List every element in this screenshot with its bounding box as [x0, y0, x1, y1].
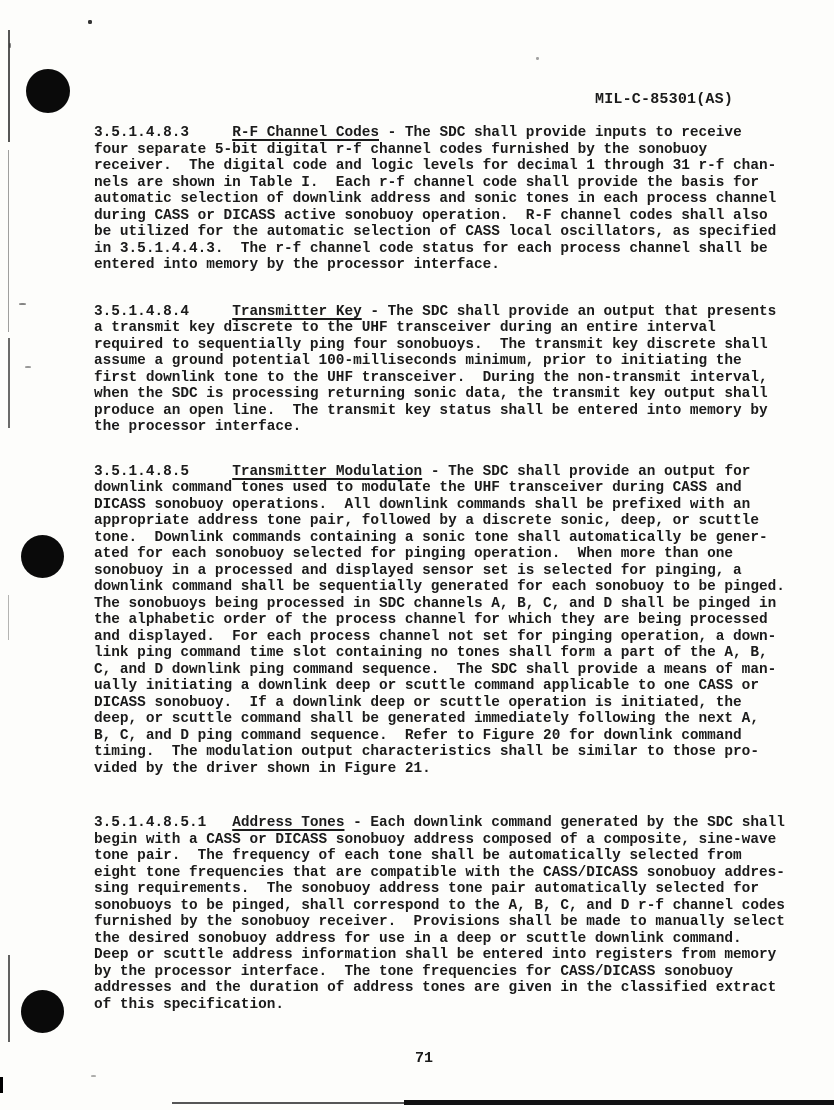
- section-title: Transmitter Modulation: [232, 464, 422, 480]
- section-title: R-F Channel Codes: [232, 125, 379, 141]
- scan-bottom-bar-thick: [404, 1100, 834, 1105]
- section-number: 3.5.1.4.8.5.1: [94, 815, 206, 831]
- section-body-text: - The SDC shall provide inputs to receiv…: [94, 125, 776, 273]
- scan-bottom-bar-thin: [172, 1102, 412, 1104]
- section-body-text: - The SDC shall provide an output for do…: [94, 464, 785, 777]
- scan-speck: [88, 20, 92, 24]
- section-gap: [206, 815, 232, 831]
- document-body: 3.5.1.4.8.3 R-F Channel Codes - The SDC …: [94, 125, 806, 1013]
- section-number: 3.5.1.4.8.4: [94, 304, 189, 320]
- section-number: 3.5.1.4.8.5: [94, 464, 189, 480]
- scan-edge-line: [8, 150, 9, 332]
- spec-section-transmitter-modulation: 3.5.1.4.8.5 Transmitter Modulation - The…: [94, 464, 806, 778]
- scan-corner-mark: [0, 1077, 3, 1093]
- scan-edge-line: [8, 338, 10, 428]
- scan-edge-line: [8, 955, 10, 1042]
- scan-edge-line: [8, 30, 10, 142]
- scan-speck: [19, 303, 26, 305]
- section-title: Address Tones: [232, 815, 344, 831]
- hole-punch-mark-top: [26, 69, 70, 113]
- section-number: 3.5.1.4.8.3: [94, 125, 189, 141]
- section-gap: [189, 125, 232, 141]
- hole-punch-mark-middle: [21, 535, 64, 578]
- section-body-text: - Each downlink command generated by the…: [94, 815, 785, 1013]
- hole-punch-mark-bottom: [21, 990, 64, 1033]
- scan-speck: [536, 57, 539, 60]
- spec-section-rf-channel-codes: 3.5.1.4.8.3 R-F Channel Codes - The SDC …: [94, 125, 806, 274]
- page-number: 71: [404, 1050, 444, 1067]
- section-gap: [189, 464, 232, 480]
- scan-speck: [25, 366, 31, 368]
- scan-edge-line: [8, 595, 9, 640]
- spec-section-transmitter-key: 3.5.1.4.8.4 Transmitter Key - The SDC sh…: [94, 304, 806, 436]
- document-id-header: MIL-C-85301(AS): [595, 91, 733, 108]
- spec-section-address-tones: 3.5.1.4.8.5.1 Address Tones - Each downl…: [94, 815, 806, 1013]
- section-gap: [189, 304, 232, 320]
- section-body-text: - The SDC shall provide an output that p…: [94, 304, 776, 436]
- scanned-document-page: MIL-C-85301(AS) 3.5.1.4.8.3 R-F Channel …: [0, 0, 834, 1110]
- section-title: Transmitter Key: [232, 304, 362, 320]
- scan-speck: [91, 1075, 96, 1077]
